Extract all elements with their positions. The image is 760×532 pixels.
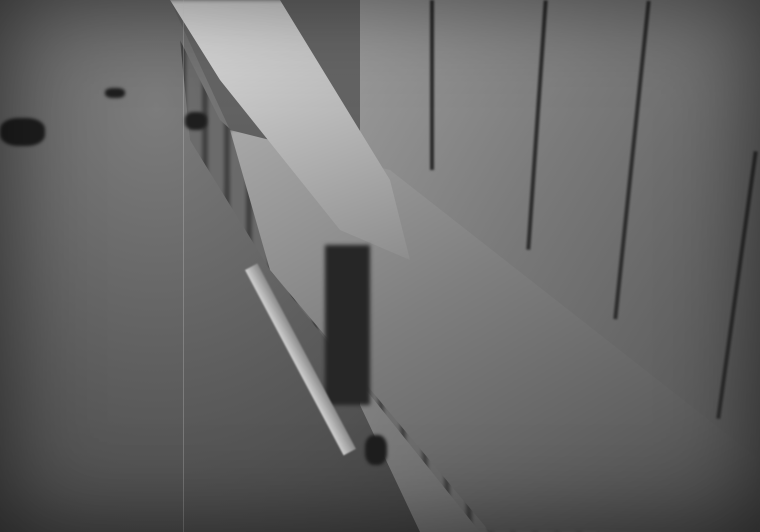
vignette bbox=[0, 0, 760, 532]
photograph bbox=[0, 0, 760, 532]
